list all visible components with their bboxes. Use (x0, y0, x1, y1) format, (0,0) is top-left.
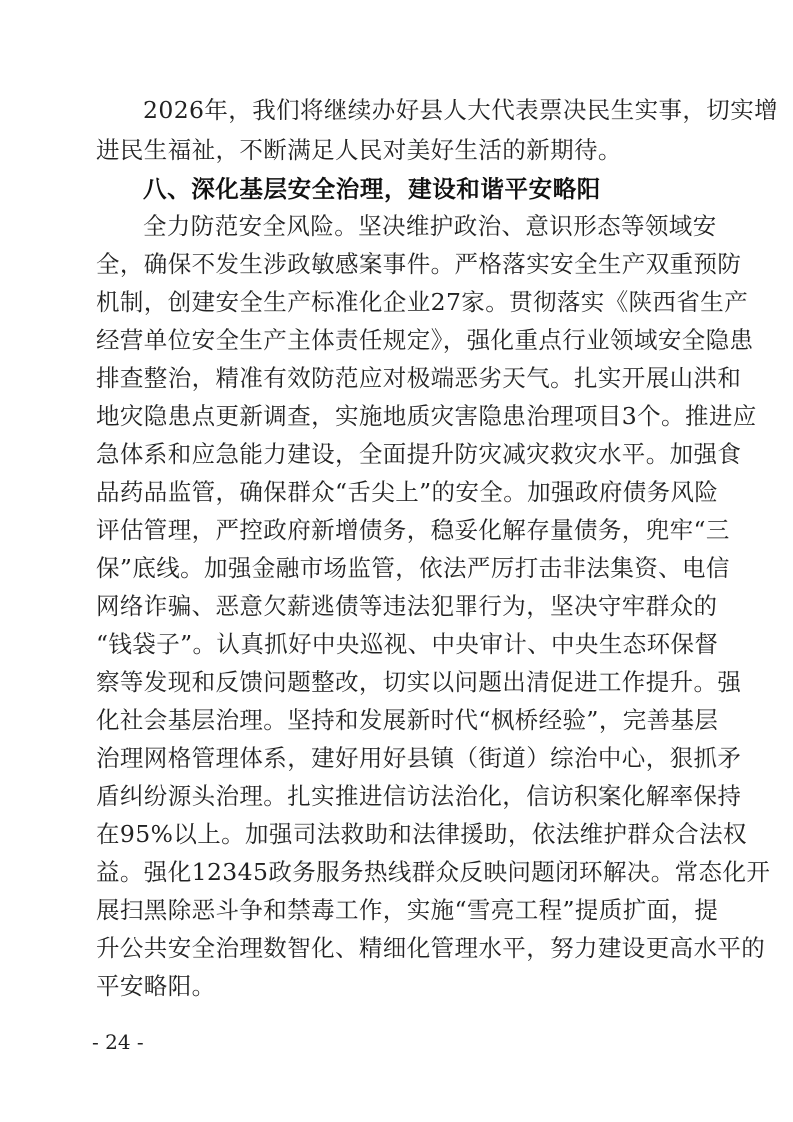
body-line-17: 在95%以上。加强司法救助和法律援助，依法维护群众合法权 (96, 819, 747, 849)
body-line-10: 保”底线。加强金融市场监管，依法严厉打击非法集资、电信 (96, 553, 730, 583)
body-line-21: 平安略阳。 (96, 971, 216, 1001)
body-line-16: 盾纠纷源头治理。扎实推进信访法治化，信访积案化解率保持 (96, 781, 741, 811)
body-line-2: 全，确保不发生涉政敏感案事件。严格落实安全生产双重预防 (96, 249, 741, 279)
body-line-6: 地灾隐患点更新调查，实施地质灾害隐患治理项目3个。推进应 (96, 401, 757, 431)
body-line-11: 网络诈骗、恶意欠薪逃债等违法犯罪行为，坚决守牢群众的 (96, 591, 717, 621)
body-line-19: 展扫黑除恶斗争和禁毒工作，实施“雪亮工程”提质扩面，提 (96, 895, 718, 925)
section-heading: 八、深化基层安全治理，建设和谐平安略阳 (143, 174, 601, 204)
body-line-14: 化社会基层治理。坚持和发展新时代“枫桥经验”，完善基层 (96, 705, 718, 735)
body-line-1: 全力防范安全风险。坚决维护政治、意识形态等领域安 (143, 211, 717, 241)
intro-line-1: 2026年，我们将继续办好县人大代表票决民生实事，切实增 (143, 95, 778, 125)
body-line-18: 益。强化12345政务服务热线群众反映问题闭环解决。常态化开 (96, 857, 770, 887)
body-line-15: 治理网格管理体系，建好用好县镇（街道）综治中心，狠抓矛 (96, 743, 741, 773)
body-line-7: 急体系和应急能力建设，全面提升防灾减灾救灾水平。加强食 (96, 439, 741, 469)
body-line-12: “钱袋子”。认真抓好中央巡视、中央审计、中央生态环保督 (96, 629, 718, 659)
body-line-20: 升公共安全治理数智化、精细化管理水平，努力建设更高水平的 (96, 933, 765, 963)
body-line-13: 察等发现和反馈问题整改，切实以问题出清促进工作提升。强 (96, 667, 741, 697)
body-line-5: 排查整治，精准有效防范应对极端恶劣天气。扎实开展山洪和 (96, 363, 741, 393)
intro-line-2: 进民生福祉，不断满足人民对美好生活的新期待。 (96, 135, 622, 165)
body-line-3: 机制，创建安全生产标准化企业27家。贯彻落实《陕西省生产 (96, 287, 748, 317)
body-line-9: 评估管理，严控政府新增债务，稳妥化解存量债务，兜牢“三 (96, 515, 730, 545)
body-line-8: 品药品监管，确保群众“舌尖上”的安全。加强政府债务风险 (96, 477, 718, 507)
page-number: - 24 - (92, 1030, 144, 1054)
body-line-4: 经营单位安全生产主体责任规定》，强化重点行业领域安全隐患 (96, 325, 753, 355)
document-page: 2026年，我们将继续办好县人大代表票决民生实事，切实增 进民生福祉，不断满足人… (0, 0, 793, 1122)
